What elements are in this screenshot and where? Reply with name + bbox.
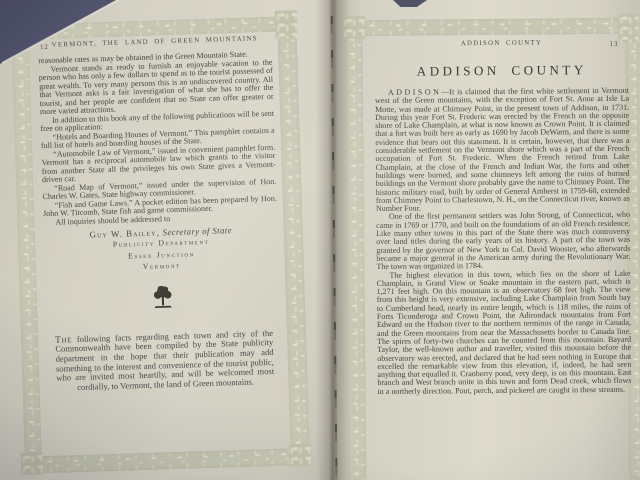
- paragraph: ADDISON—It is claimed that the first whi…: [375, 87, 630, 214]
- tree-ornament-icon: [45, 280, 280, 313]
- border-band-left: [11, 24, 42, 456]
- border-corner-ornament: [342, 16, 365, 39]
- closing-paragraph: The following facts regarding each town …: [55, 328, 275, 393]
- book-photo: 12 VERMONT, THE LAND OF GREEN MOUNTAINS …: [0, 0, 640, 480]
- paragraph: One of the first permanent settlers was …: [376, 211, 630, 271]
- left-body-text: reasonable rates as may be obtained in t…: [38, 50, 277, 227]
- right-page-content: ADDISON COUNTY 13 ADDISON COUNTY ADDISON…: [332, 0, 640, 480]
- right-page-number: 13: [609, 40, 618, 48]
- address-block: Guy W. Bailey, Secretary of State Public…: [44, 224, 279, 276]
- paragraph: The highest elevation in this town, whic…: [376, 269, 631, 396]
- border-band-left: [344, 20, 366, 480]
- border-band-bottom: [42, 448, 291, 473]
- chapter-title: ADDISON COUNTY: [375, 62, 629, 80]
- border-corner-ornament: [275, 10, 298, 39]
- border-band-top: [364, 18, 620, 36]
- left-page-number: 12: [40, 43, 49, 51]
- border-corner-ornament: [288, 444, 311, 467]
- left-page-content: 12 VERMONT, THE LAND OF GREEN MOUNTAINS …: [0, 0, 341, 480]
- right-running-head-row: ADDISON COUNTY 13: [374, 39, 628, 54]
- right-body-text: ADDISON—It is claimed that the first whi…: [375, 87, 632, 396]
- right-running-head: ADDISON COUNTY: [461, 40, 542, 48]
- right-page: ADDISON COUNTY 13 ADDISON COUNTY ADDISON…: [334, 0, 640, 480]
- open-book: 12 VERMONT, THE LAND OF GREEN MOUNTAINS …: [0, 0, 640, 480]
- border-corner-ornament: [21, 452, 44, 475]
- paragraph: Vermont stands as ready to furnish an en…: [38, 58, 273, 116]
- left-page: 12 VERMONT, THE LAND OF GREEN MOUNTAINS …: [0, 0, 334, 480]
